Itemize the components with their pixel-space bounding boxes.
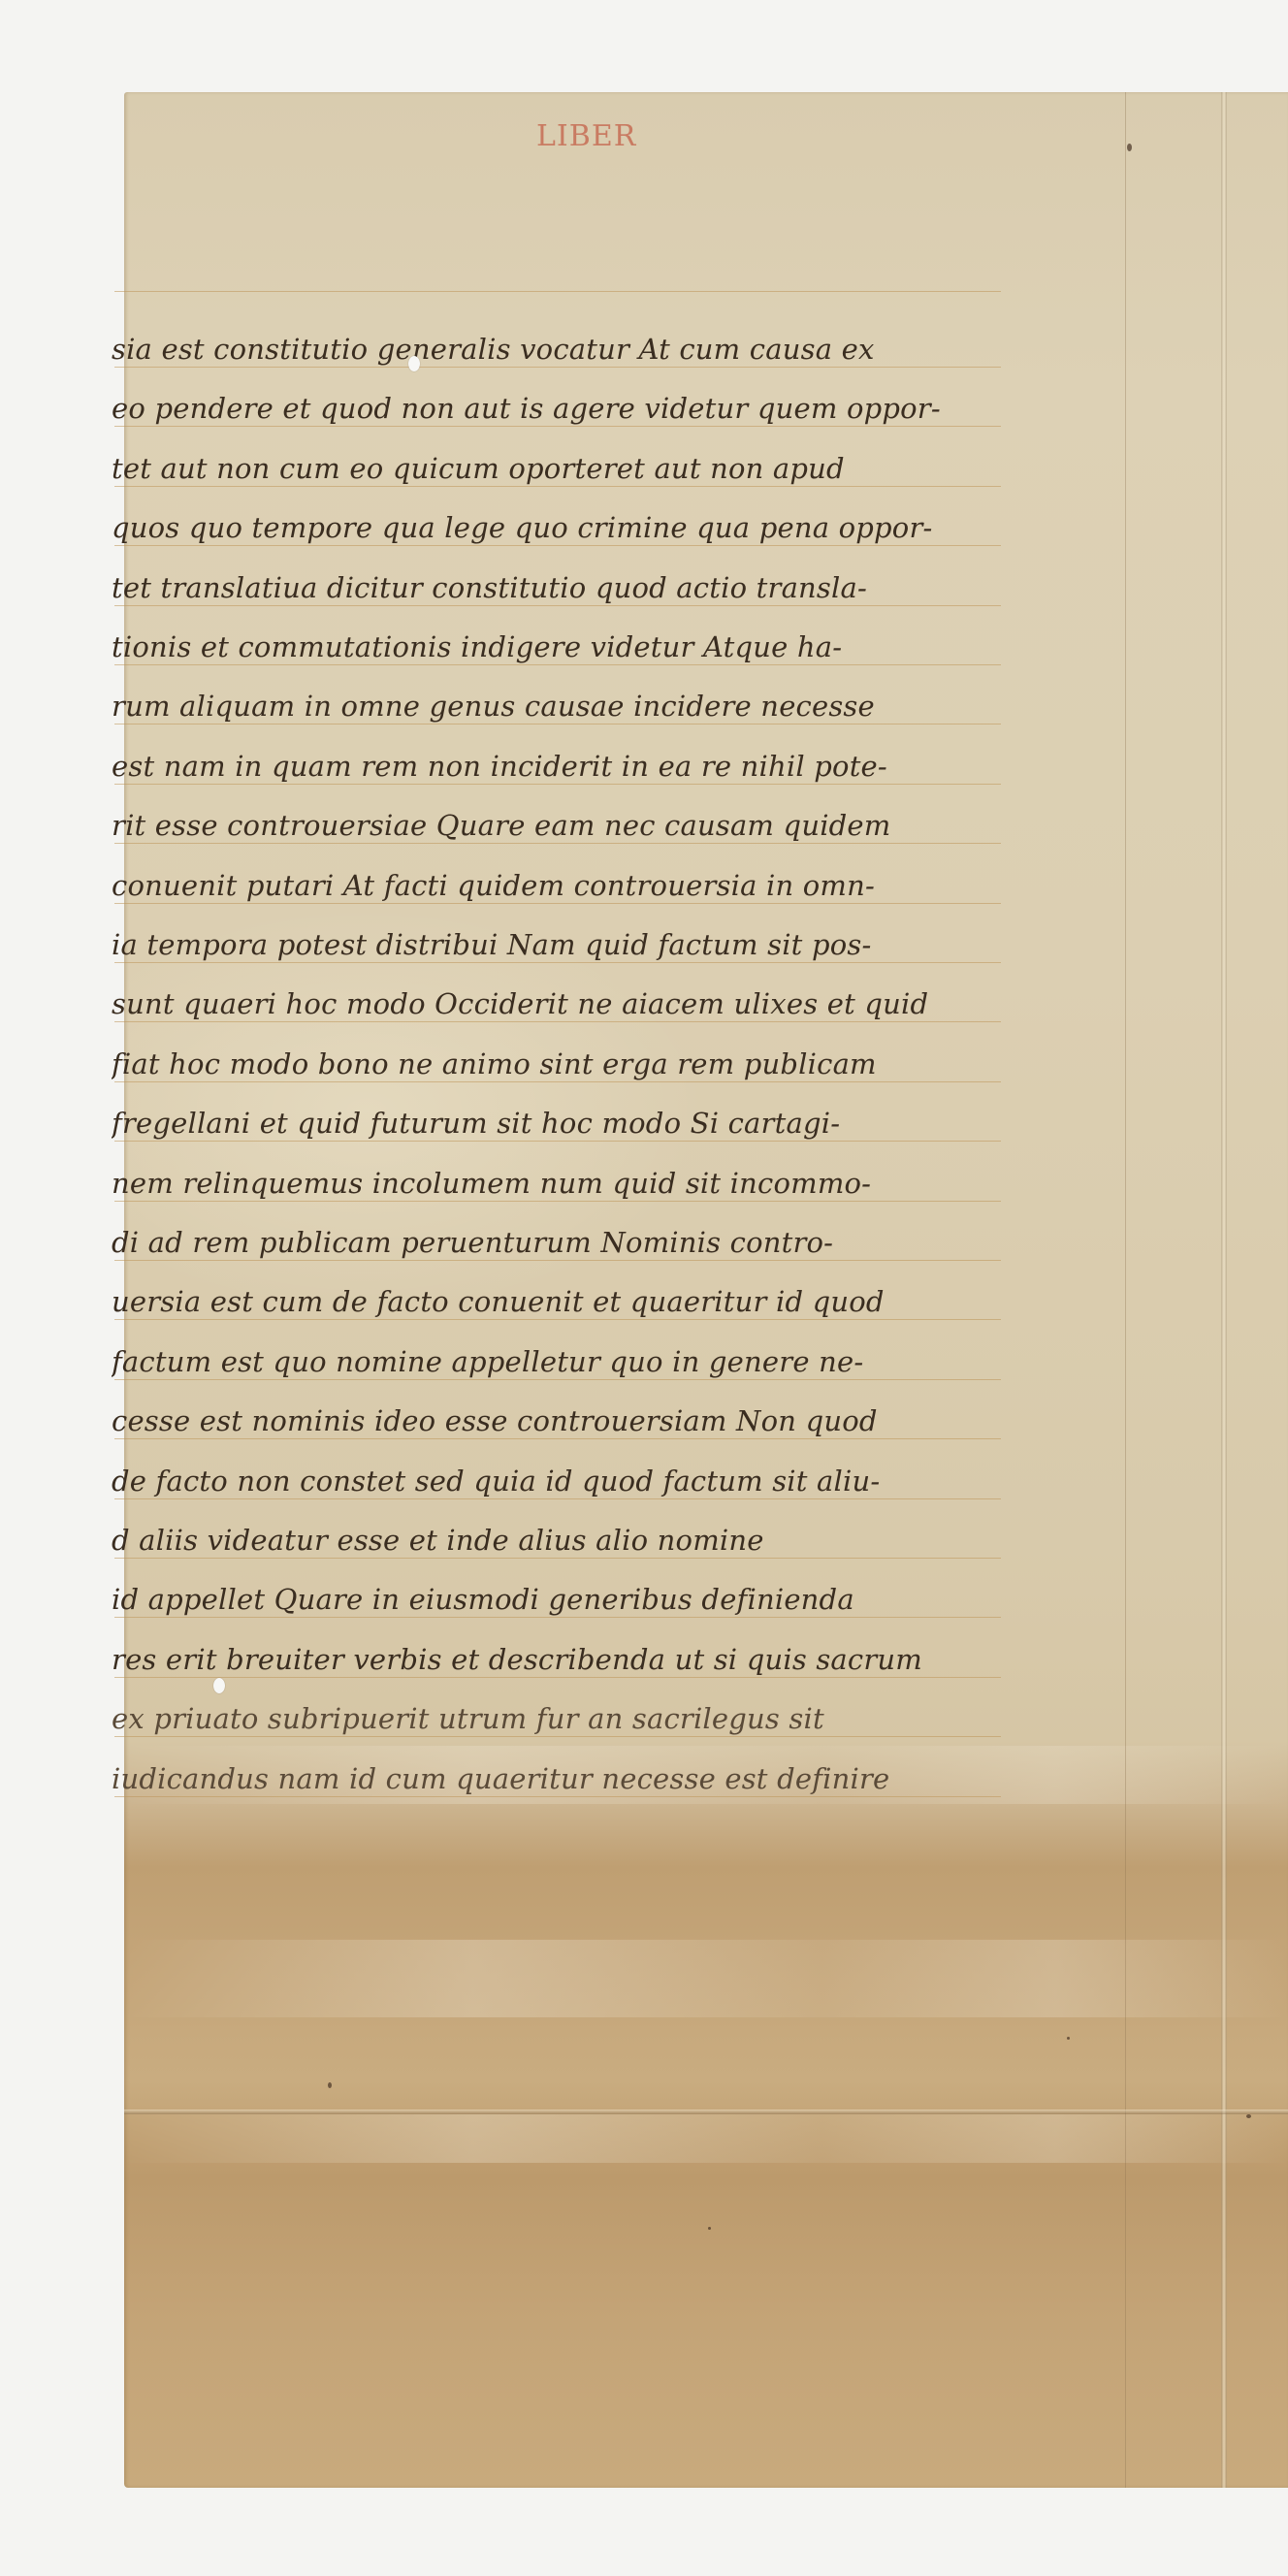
manuscript-line: quos quo tempore qua lege quo crimine qu… — [112, 508, 1004, 547]
ruling-line — [114, 1201, 1001, 1202]
manuscript-line: di ad rem publicam peruenturum Nominis c… — [112, 1223, 1004, 1262]
ruling-line — [114, 367, 1001, 368]
ruling-line — [114, 426, 1001, 427]
ink-speck — [1246, 2114, 1251, 2118]
horizontal-fold — [124, 2109, 1288, 2114]
ink-speck — [328, 2082, 332, 2088]
manuscript-line: uersia est cum de facto conuenit et quae… — [112, 1282, 1004, 1321]
manuscript-line: rit esse controuersiae Quare eam nec cau… — [112, 806, 1004, 845]
ruling-line — [114, 545, 1001, 546]
ink-speck — [708, 2227, 711, 2230]
ruling-line — [114, 1677, 1001, 1678]
manuscript-line: tet translatiua dicitur constitutio quod… — [112, 568, 1004, 607]
manuscript-line: conuenit putari At facti quidem controue… — [112, 866, 1004, 905]
ruling-line — [114, 664, 1001, 665]
punch-hole — [213, 1678, 225, 1693]
ruling-line — [114, 1141, 1001, 1142]
header-rubric: LIBER — [536, 119, 636, 153]
ruling-line — [114, 903, 1001, 904]
manuscript-line: sia est constitutio generalis vocatur At… — [112, 330, 1004, 369]
ruling-line — [114, 1558, 1001, 1559]
ruling-line — [114, 1438, 1001, 1439]
ink-speck — [1127, 144, 1132, 151]
ruling-line — [114, 843, 1001, 844]
ruling-line — [114, 784, 1001, 785]
ruling-line — [114, 486, 1001, 487]
ruling-line — [114, 291, 1001, 292]
vertical-crease — [1125, 92, 1126, 2488]
manuscript-line: ia tempora potest distribui Nam quid fac… — [112, 925, 1004, 964]
ruling-line — [114, 724, 1001, 724]
manuscript-line: rum aliquam in omne genus causae incider… — [112, 687, 1004, 725]
ruling-line — [114, 1796, 1001, 1797]
ruling-line — [114, 1260, 1001, 1261]
manuscript-line: est nam in quam rem non inciderit in ea … — [112, 747, 1004, 786]
ruling-line — [114, 962, 1001, 963]
manuscript-line: de facto non constet sed quia id quod fa… — [112, 1462, 1004, 1500]
manuscript-line: fiat hoc modo bono ne animo sint erga re… — [112, 1045, 1004, 1083]
manuscript-line: d aliis videatur esse et inde alius alio… — [112, 1521, 1004, 1560]
manuscript-line: iudicandus nam id cum quaeritur necesse … — [112, 1759, 1004, 1798]
manuscript-line: cesse est nominis ideo esse controuersia… — [112, 1401, 1004, 1440]
manuscript-line: res erit breuiter verbis et describenda … — [112, 1640, 1004, 1679]
manuscript-line: tionis et commutationis indigere videtur… — [112, 628, 1004, 666]
ruling-line — [114, 605, 1001, 606]
ruling-line — [114, 1617, 1001, 1618]
ruling-line — [114, 1021, 1001, 1022]
ruling-line — [114, 1498, 1001, 1499]
ink-speck — [1067, 2037, 1070, 2040]
manuscript-line: ex priuato subripuerit utrum fur an sacr… — [112, 1699, 1004, 1738]
ruling-line — [114, 1081, 1001, 1082]
manuscript-line: eo pendere et quod non aut is agere vide… — [112, 389, 1004, 428]
manuscript-line: nem relinquemus incolumem num quid sit i… — [112, 1164, 1004, 1203]
manuscript-line: sunt quaeri hoc modo Occiderit ne aiacem… — [112, 984, 1004, 1023]
ruling-line — [114, 1319, 1001, 1320]
vertical-fold — [1221, 92, 1227, 2488]
ruling-line — [114, 1379, 1001, 1380]
manuscript-line: tet aut non cum eo quicum oporteret aut … — [112, 449, 1004, 488]
ruling-line — [114, 1736, 1001, 1737]
manuscript-line: factum est quo nomine appelletur quo in … — [112, 1342, 1004, 1381]
manuscript-line: fregellani et quid futurum sit hoc modo … — [112, 1104, 1004, 1143]
punch-hole — [408, 356, 420, 371]
manuscript-line: id appellet Quare in eiusmodi generibus … — [112, 1580, 1004, 1619]
